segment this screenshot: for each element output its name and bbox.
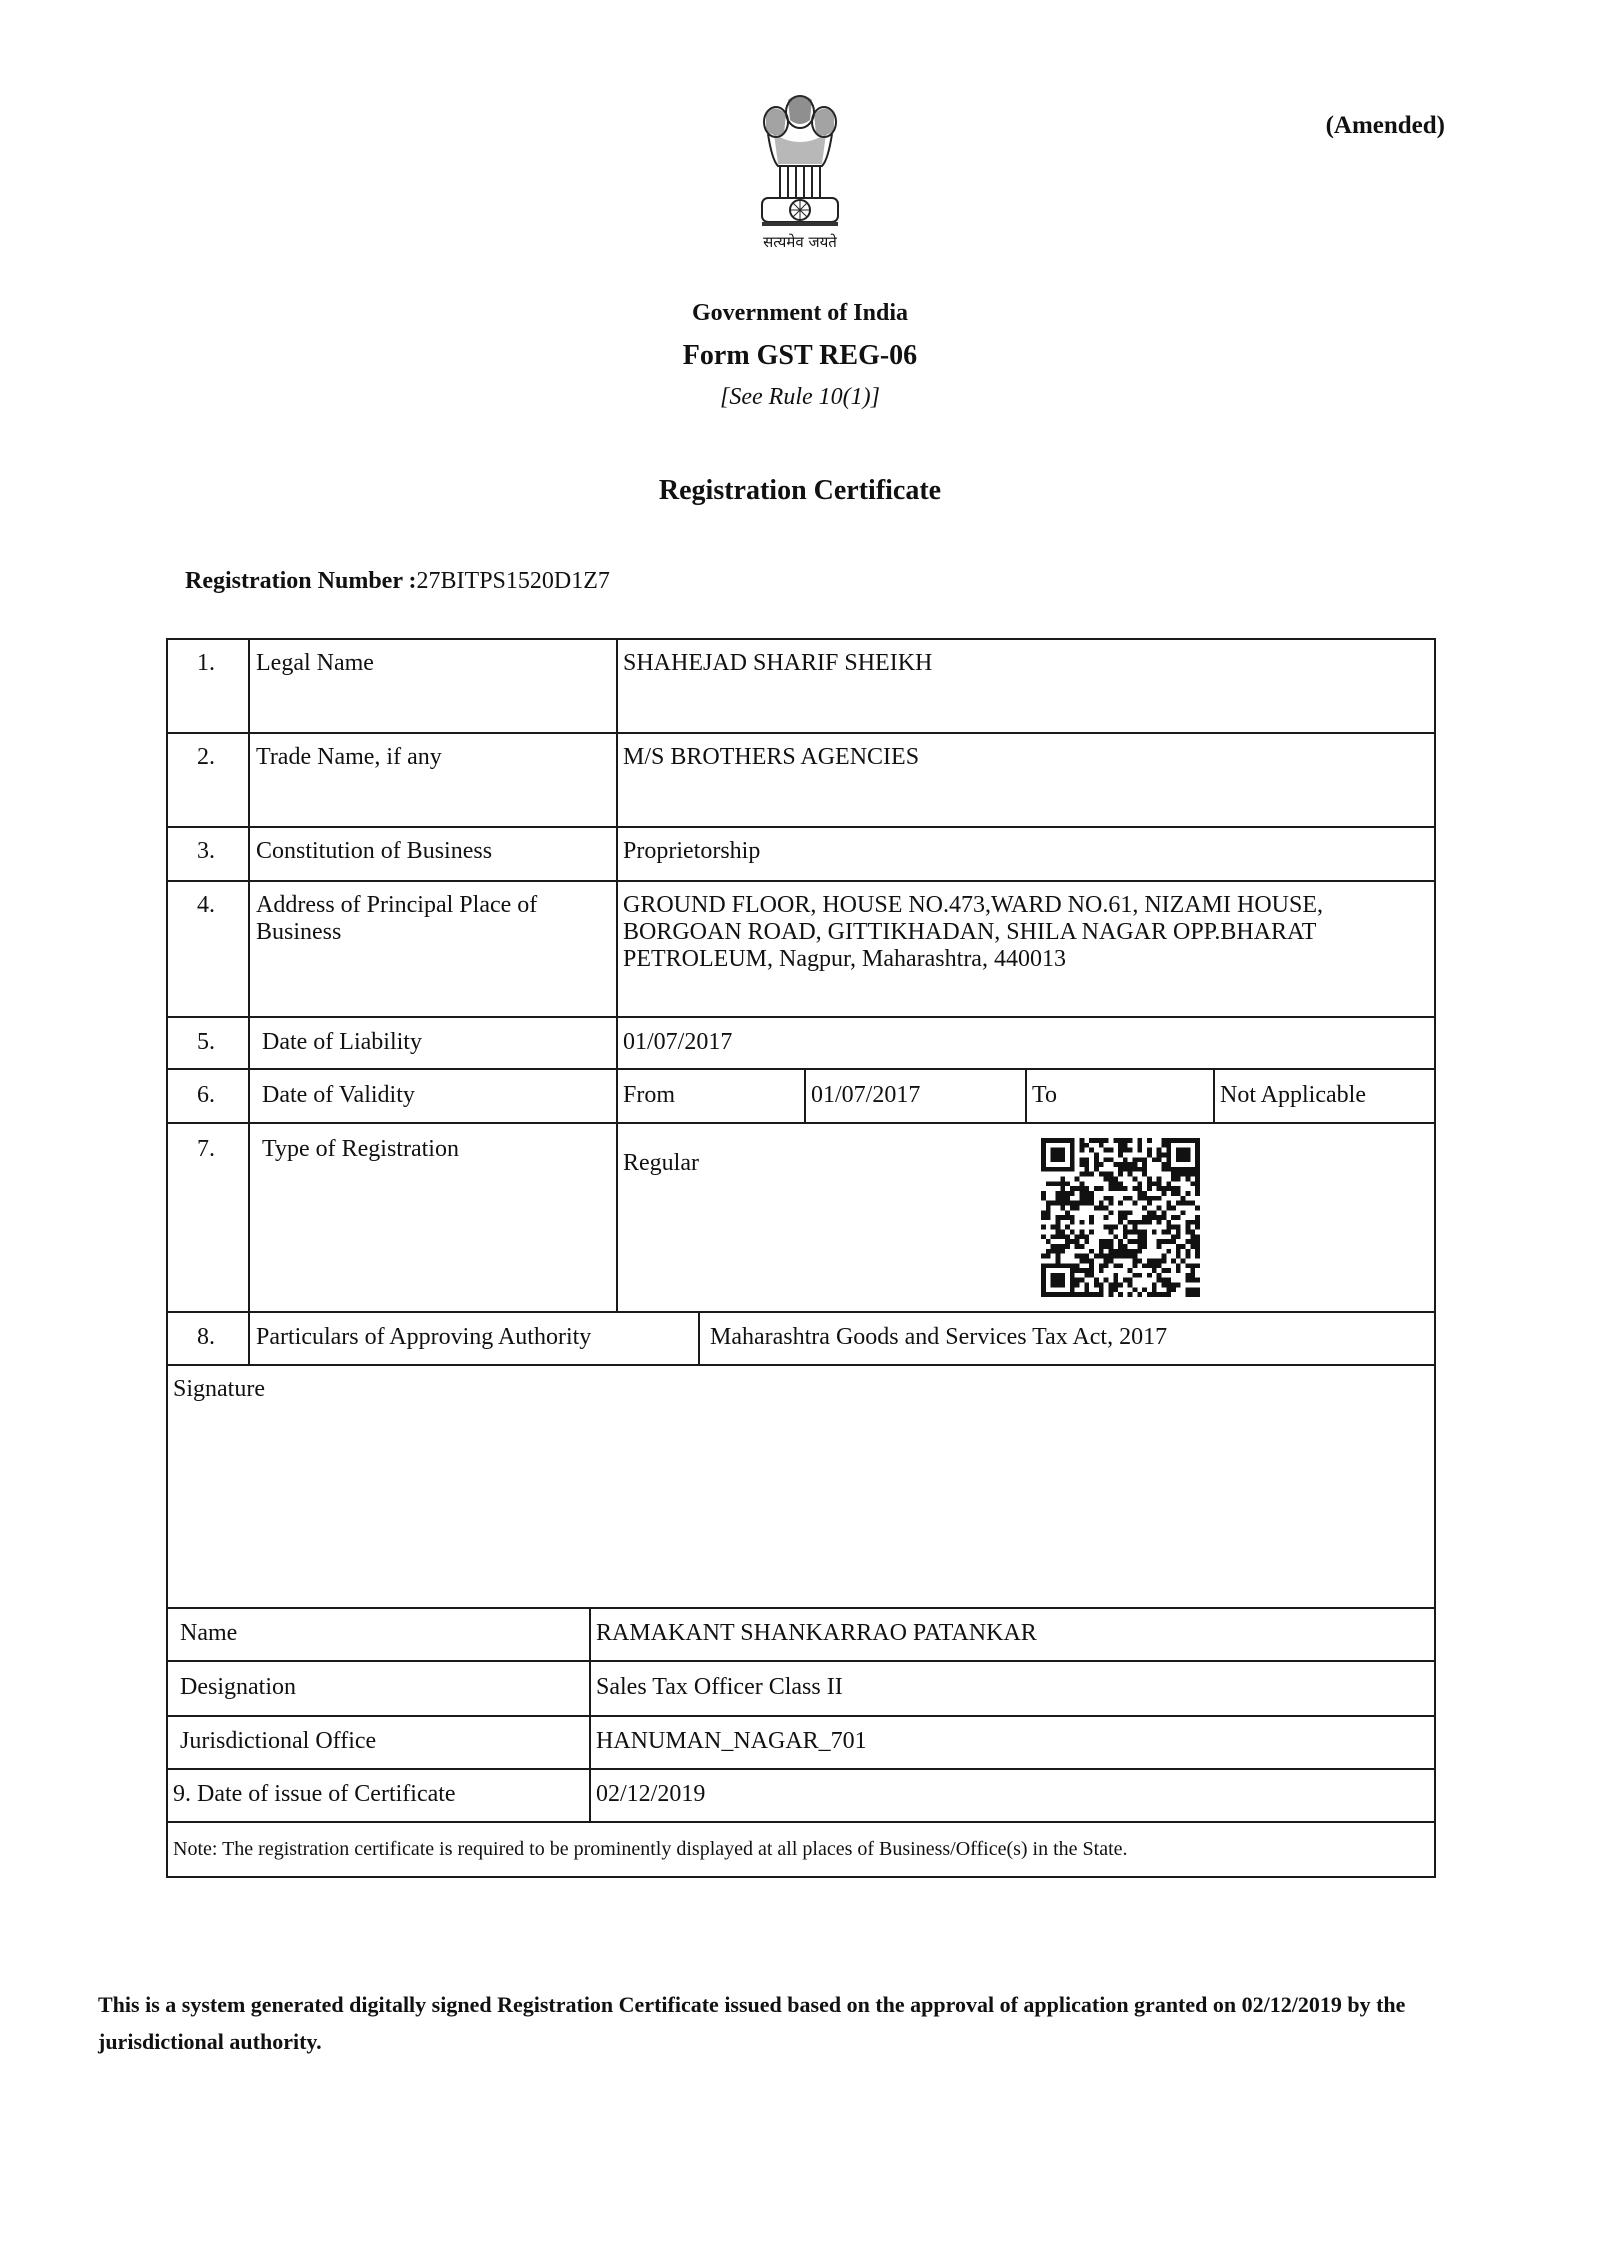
legal-name-value: SHAHEJAD SHARIF SHEIKH <box>623 650 932 677</box>
validity-to-value: Not Applicable <box>1220 1082 1366 1109</box>
display-note: Note: The registration certificate is re… <box>173 1836 1128 1863</box>
rule-reference: [See Rule 10(1)] <box>0 384 1600 411</box>
signatory-name-label: Name <box>180 1620 237 1647</box>
registration-number-value: 27BITPS1520D1Z7 <box>417 568 610 594</box>
signatory-name-value: RAMAKANT SHANKARRAO PATANKAR <box>596 1620 1037 1647</box>
column-divider <box>698 1311 700 1366</box>
row-divider <box>166 1364 1436 1366</box>
column-divider <box>616 638 618 1313</box>
row-divider <box>166 732 1436 734</box>
table-border-top <box>166 638 1436 640</box>
system-generated-footer: This is a system generated digitally sig… <box>98 1986 1518 2060</box>
row-divider <box>166 1016 1436 1018</box>
approving-authority-label: Particulars of Approving Authority <box>256 1324 591 1351</box>
row-divider <box>166 1821 1436 1823</box>
amended-label: (Amended) <box>1300 112 1445 140</box>
approving-authority-value: Maharashtra Goods and Services Tax Act, … <box>710 1324 1167 1351</box>
column-divider <box>1213 1068 1215 1123</box>
certificate-title: Registration Certificate <box>0 475 1600 507</box>
row-number: 7. <box>166 1136 246 1163</box>
row-divider <box>166 880 1436 882</box>
designation-value: Sales Tax Officer Class II <box>596 1674 843 1701</box>
issue-date-value: 02/12/2019 <box>596 1781 705 1808</box>
liability-label: Date of Liability <box>262 1029 422 1056</box>
row-divider <box>166 1768 1436 1770</box>
row-number: 6. <box>166 1082 246 1109</box>
row-divider <box>166 826 1436 828</box>
registration-type-value: Regular <box>623 1150 699 1177</box>
row-divider <box>166 1660 1436 1662</box>
constitution-label: Constitution of Business <box>256 838 492 865</box>
row-divider <box>166 1311 1436 1313</box>
registration-number-label: Registration Number : <box>185 568 417 594</box>
designation-label: Designation <box>180 1674 296 1701</box>
row-number: 2. <box>166 744 246 771</box>
registration-number: Registration Number :27BITPS1520D1Z7 <box>185 568 610 595</box>
address-value-line2: BORGOAN ROAD, GITTIKHADAN, SHILA NAGAR O… <box>623 919 1316 946</box>
form-title: Form GST REG-06 <box>0 340 1600 372</box>
address-value-line1: GROUND FLOOR, HOUSE NO.473,WARD NO.61, N… <box>623 892 1323 919</box>
row-number: 8. <box>166 1324 246 1351</box>
trade-name-label: Trade Name, if any <box>256 744 442 771</box>
row-divider <box>166 1607 1436 1609</box>
address-label-line2: Business <box>256 919 341 946</box>
column-divider <box>589 1607 591 1823</box>
column-divider <box>248 638 250 1366</box>
address-value-line3: PETROLEUM, Nagpur, Maharashtra, 440013 <box>623 946 1066 973</box>
row-number: 4. <box>166 892 246 919</box>
qr-code-icon <box>1041 1138 1200 1297</box>
registration-type-label: Type of Registration <box>262 1136 459 1163</box>
government-heading: Government of India <box>0 300 1600 327</box>
column-divider <box>804 1068 806 1123</box>
table-border-bottom <box>166 1876 1436 1878</box>
legal-name-label: Legal Name <box>256 650 374 677</box>
signature-label: Signature <box>173 1376 265 1403</box>
row-divider <box>166 1122 1436 1124</box>
row-divider <box>166 1068 1436 1070</box>
address-label-line1: Address of Principal Place of <box>256 892 537 919</box>
row-number: 5. <box>166 1029 246 1056</box>
row-divider <box>166 1715 1436 1717</box>
trade-name-value: M/S BROTHERS AGENCIES <box>623 744 919 771</box>
jurisdictional-office-value: HANUMAN_NAGAR_701 <box>596 1728 867 1755</box>
issue-date-label: 9. Date of issue of Certificate <box>173 1781 456 1808</box>
column-divider <box>1025 1068 1027 1123</box>
row-number: 3. <box>166 838 246 865</box>
table-border-right <box>1434 638 1436 1878</box>
validity-from-label: From <box>623 1082 675 1109</box>
emblem-motto: सत्यमेव जयते <box>740 232 860 252</box>
national-emblem-icon <box>752 90 848 230</box>
validity-to-label: To <box>1032 1082 1057 1109</box>
row-number: 1. <box>166 650 246 677</box>
validity-from-value: 01/07/2017 <box>811 1082 920 1109</box>
constitution-value: Proprietorship <box>623 838 760 865</box>
table-border-left <box>166 638 168 1878</box>
jurisdictional-office-label: Jurisdictional Office <box>180 1728 376 1755</box>
liability-value: 01/07/2017 <box>623 1029 732 1056</box>
validity-label: Date of Validity <box>262 1082 415 1109</box>
